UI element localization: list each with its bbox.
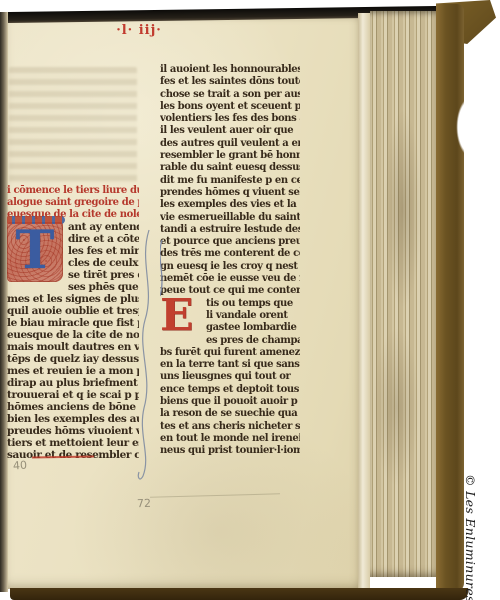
text-line: vie esmerueillable du saint	[160, 212, 300, 224]
text-line: alogue saint gregoire de paulin	[7, 197, 139, 209]
text-line: les exemples des vies et la	[160, 199, 300, 211]
text-line: es pres de champaigne plu	[206, 335, 300, 347]
page-edge-highlight	[358, 13, 370, 588]
text-line: prendes hōmes q viuent selc	[160, 187, 300, 199]
text-line: ses phēs que ien ay lesse les de	[68, 281, 139, 293]
text-line: i cōmence le tiers liure du di	[7, 185, 139, 197]
right-text-column: il auoient les honnourablesfes et les sa…	[160, 64, 300, 456]
copyright-credit: © Les Enluminures	[463, 474, 478, 600]
pencil-folio-number: 40	[13, 459, 28, 473]
initial-letter: E	[160, 294, 194, 338]
text-line: des autres quil veulent a ent	[160, 138, 300, 150]
text-line: le biau miracle que fist paulins	[7, 317, 139, 329]
text-line: se tirēt pres de	[68, 269, 139, 281]
text-line: mais moult dautres en vin et	[7, 341, 139, 353]
text-line: tis ou temps que	[206, 298, 300, 310]
text-line: dirap au plus briefment q	[7, 377, 139, 389]
text-line: quil auoie oublie et trespasse	[7, 305, 139, 317]
pen-flourish-icon	[134, 226, 160, 486]
fore-edge-page-block	[370, 11, 436, 577]
text-line: il les veulent auer oir que	[160, 125, 300, 137]
text-line: li vandale orent	[206, 310, 300, 322]
text-line: tēps de quelz iay dessus ple	[7, 353, 139, 365]
text-line: les fes et mira	[68, 245, 139, 257]
text-line: les bons oyent et sceuent pr	[160, 101, 300, 113]
running-title: ·l· iij·	[104, 23, 174, 38]
text-line: chose se trait a son per aussi	[160, 89, 300, 101]
text-line: resembler le grant bē honnou	[160, 150, 300, 162]
text-line: neus qui prist tounier·l·iom	[160, 445, 300, 456]
text-line: bien les exemples des autres	[7, 413, 139, 425]
text-line: tiers et mettoient leur estude de	[7, 437, 139, 449]
illuminated-initial-E: E	[160, 298, 202, 335]
text-line: mes et reuien ie a mon ppos si	[7, 365, 139, 377]
text-line: volentiers les fes des bons ait	[160, 113, 300, 125]
text-line: hōmes anciens de bōne foy qui	[7, 401, 139, 413]
manuscript-photo: ·l· iij· i cōmence le tiers liure du dia…	[0, 0, 500, 600]
cover-edge-notch	[454, 92, 472, 162]
text-line: dire et a cōter	[68, 233, 139, 245]
left-text-column: i cōmence le tiers liure du dialogue sai…	[7, 185, 139, 465]
initial-letter: T	[9, 224, 61, 280]
text-line: euesque de la cite de nole il fu	[7, 329, 139, 341]
pencil-number: 72	[137, 497, 151, 510]
text-line: ant ay entendu	[68, 221, 139, 233]
text-line: fes et les saintes dōns toute	[160, 76, 300, 88]
text-line: tandi a estruire lestude des trēs	[160, 224, 300, 236]
show-through-text	[9, 67, 137, 183]
cover-bottom-edge	[10, 588, 468, 600]
text-line: il auoient les honnourables	[160, 64, 300, 76]
text-line: mes et les signes de plus grãs	[7, 293, 139, 305]
text-line: rable du saint euesq dessus	[160, 162, 300, 174]
text-line: gastee lombardie	[206, 322, 300, 334]
text-line: trouuerai et q ie scai p preudes	[7, 389, 139, 401]
text-line: cles de ceulx qui	[68, 257, 139, 269]
text-line: preudes hōms viuoient voulen	[7, 425, 139, 437]
text-line: dit me fu manifeste p en ces	[160, 175, 300, 187]
illuminated-initial-T: T	[7, 222, 63, 282]
